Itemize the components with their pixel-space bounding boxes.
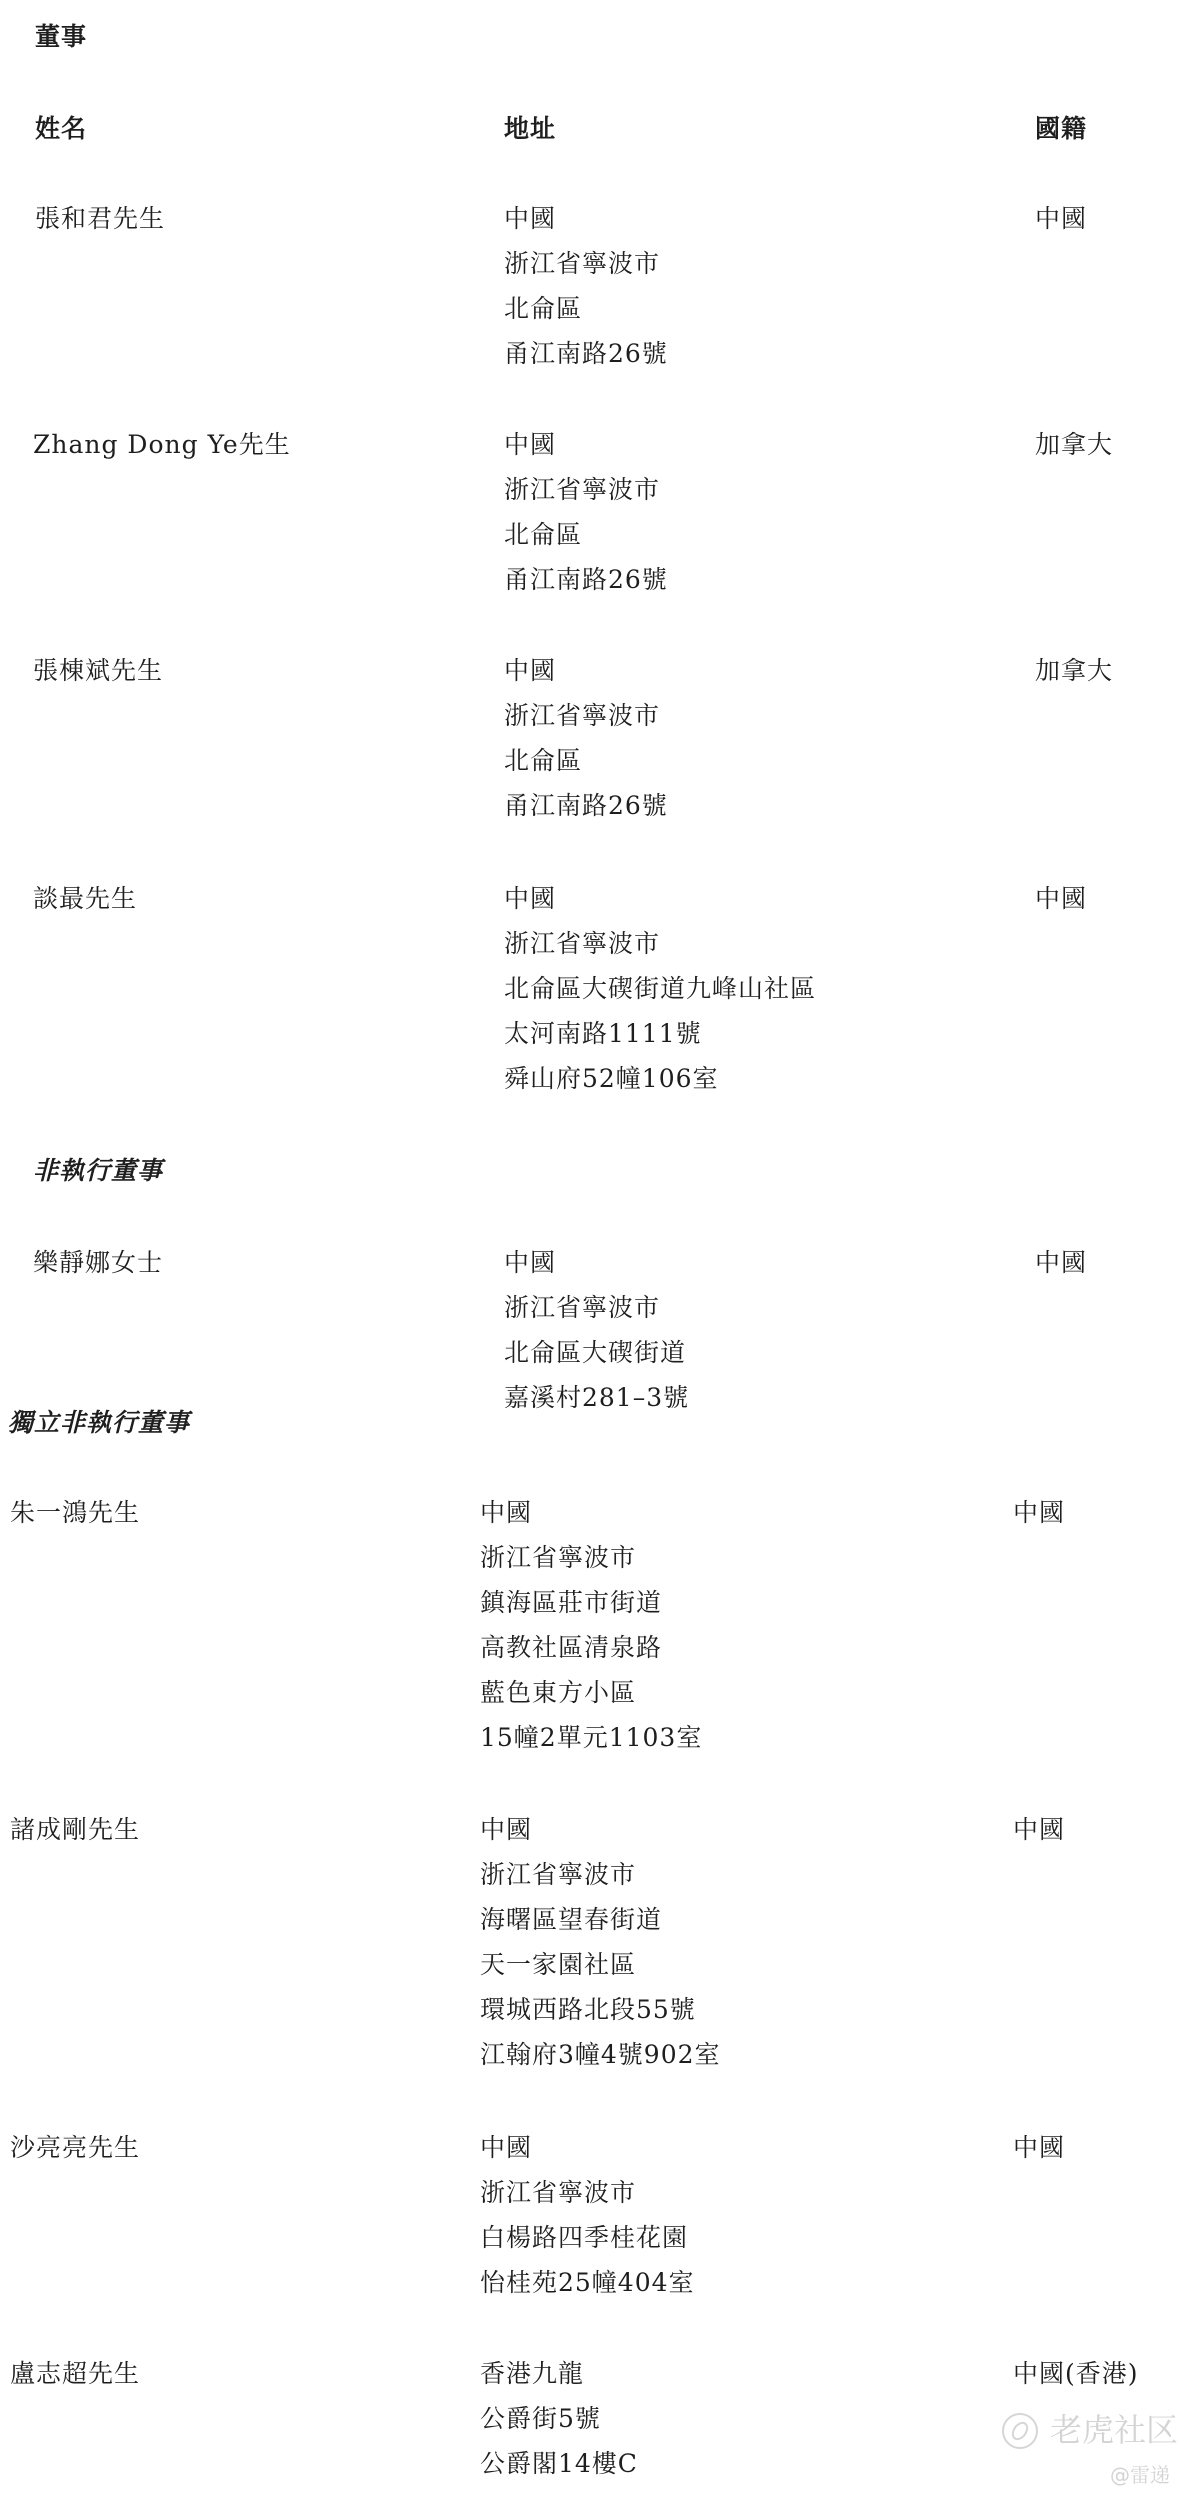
director-nationality: 中國 [1013, 2125, 1065, 2170]
address-line: 中國 [504, 196, 668, 241]
address-line: 怡桂苑25幢404室 [480, 2260, 695, 2305]
address-line: 甬江南路26號 [504, 783, 668, 828]
address-line: 中國 [504, 1240, 689, 1285]
section-title-directors: 董事 [35, 14, 87, 59]
director-name: 諸成剛先生 [10, 1807, 140, 1852]
director-name: 樂靜娜女士 [33, 1240, 163, 1285]
address-line: 15幢2單元1103室 [480, 1715, 702, 1760]
section-title-independent: 獨立非執行董事 [8, 1400, 196, 1445]
address-line: 公爵閣14樓C [480, 2441, 638, 2486]
director-address: 中國 浙江省寧波市 北侖區 甬江南路26號 [504, 648, 668, 828]
address-line: 甬江南路26號 [504, 331, 668, 376]
director-nationality: 加拿大 [1035, 648, 1113, 693]
director-address: 中國 浙江省寧波市 北侖區 甬江南路26號 [504, 422, 668, 602]
address-line: 北侖區 [504, 286, 668, 331]
director-name: Zhang Dong Ye先生 [33, 422, 291, 467]
director-address: 中國 浙江省寧波市 北侖區大碶街道九峰山社區 太河南路1111號 舜山府52幢1… [504, 876, 816, 1101]
address-line: 環城西路北段55號 [480, 1987, 721, 2032]
address-line: 高教社區清泉路 [480, 1625, 702, 1670]
address-line: 浙江省寧波市 [504, 467, 668, 512]
address-line: 北侖區 [504, 512, 668, 557]
director-nationality: 中國 [1013, 1807, 1065, 1852]
director-address: 中國 浙江省寧波市 海曙區望春街道 天一家園社區 環城西路北段55號 江翰府3幢… [480, 1807, 721, 2077]
director-nationality: 加拿大 [1035, 422, 1113, 467]
address-line: 北侖區 [504, 738, 668, 783]
address-line: 北侖區大碶街道 [504, 1330, 689, 1375]
address-line: 海曙區望春街道 [480, 1897, 721, 1942]
address-line: 中國 [504, 876, 816, 921]
watermark-logo-icon [1002, 2413, 1038, 2449]
document-bottom-section: 獨立非執行董事 朱一鴻先生 中國 浙江省寧波市 鎮海區莊市街道 高教社區清泉路 … [0, 1400, 1192, 2500]
address-line: 浙江省寧波市 [504, 921, 816, 966]
address-line: 白楊路四季桂花園 [480, 2215, 695, 2260]
address-line: 香港九龍 [480, 2351, 638, 2396]
header-name: 姓名 [35, 106, 87, 151]
address-line: 舜山府52幢106室 [504, 1056, 816, 1101]
section-title-non-executive: 非執行董事 [33, 1148, 163, 1193]
director-name: 張和君先生 [35, 196, 165, 241]
address-line: 中國 [504, 422, 668, 467]
address-line: 中國 [504, 648, 668, 693]
address-line: 藍色東方小區 [480, 1670, 702, 1715]
director-name: 張棟斌先生 [33, 648, 163, 693]
address-line: 甬江南路26號 [504, 557, 668, 602]
address-line: 北侖區大碶街道九峰山社區 [504, 966, 816, 1011]
director-nationality: 中國 [1035, 1240, 1087, 1285]
director-address: 中國 浙江省寧波市 鎮海區莊市街道 高教社區清泉路 藍色東方小區 15幢2單元1… [480, 1490, 702, 1760]
address-line: 公爵街5號 [480, 2396, 638, 2441]
director-name: 朱一鴻先生 [10, 1490, 140, 1535]
address-line: 中國 [480, 1490, 702, 1535]
header-nationality: 國籍 [1035, 106, 1087, 151]
address-line: 浙江省寧波市 [480, 2170, 695, 2215]
address-line: 浙江省寧波市 [504, 693, 668, 738]
address-line: 浙江省寧波市 [504, 1285, 689, 1330]
director-nationality: 中國 [1035, 196, 1087, 241]
director-address: 中國 浙江省寧波市 北侖區大碶街道 嘉溪村281–3號 [504, 1240, 689, 1410]
director-address: 香港九龍 公爵街5號 公爵閣14樓C [480, 2351, 638, 2486]
address-line: 中國 [480, 1807, 721, 1852]
director-nationality: 中國(香港) [1013, 2351, 1139, 2396]
address-line: 浙江省寧波市 [480, 1535, 702, 1580]
address-line: 浙江省寧波市 [504, 241, 668, 286]
document-top-section: 董事 姓名 地址 國籍 張和君先生 中國 浙江省寧波市 北侖區 甬江南路26號 … [0, 0, 1192, 1410]
watermark-brand: 老虎社区 [1050, 2410, 1178, 2450]
address-line: 江翰府3幢4號902室 [480, 2032, 721, 2077]
address-line: 太河南路1111號 [504, 1011, 816, 1056]
address-line: 浙江省寧波市 [480, 1852, 721, 1897]
address-line: 天一家園社區 [480, 1942, 721, 1987]
director-nationality: 中國 [1035, 876, 1087, 921]
address-line: 中國 [480, 2125, 695, 2170]
address-line: 鎮海區莊市街道 [480, 1580, 702, 1625]
director-address: 中國 浙江省寧波市 白楊路四季桂花園 怡桂苑25幢404室 [480, 2125, 695, 2305]
director-nationality: 中國 [1013, 1490, 1065, 1535]
header-address: 地址 [504, 106, 556, 151]
director-name: 盧志超先生 [10, 2351, 140, 2396]
director-name: 談最先生 [33, 876, 137, 921]
watermark-author: @雷递 [1110, 2462, 1170, 2488]
director-address: 中國 浙江省寧波市 北侖區 甬江南路26號 [504, 196, 668, 376]
director-name: 沙亮亮先生 [10, 2125, 140, 2170]
